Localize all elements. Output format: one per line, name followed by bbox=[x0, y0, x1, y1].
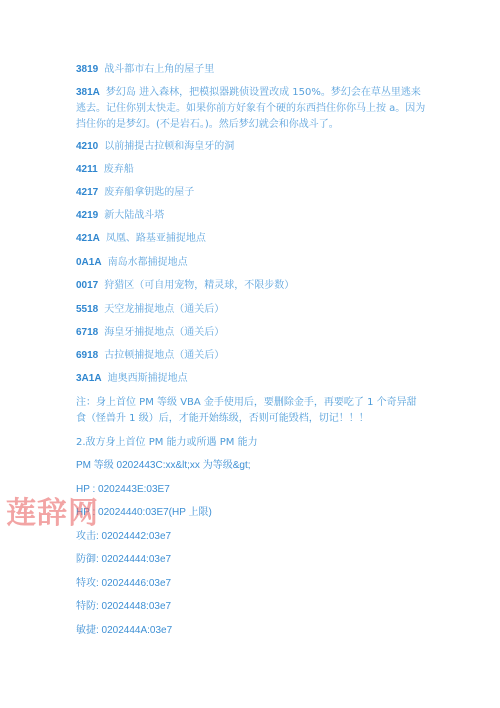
stat-hp: HP : 0202443E:03E7 bbox=[76, 482, 170, 497]
entry-4217: 4217废弃船拿钥匙的屋子 bbox=[76, 185, 194, 200]
entry-text: 废弃船拿钥匙的屋子 bbox=[104, 187, 194, 198]
entry-code: 4219 bbox=[76, 210, 98, 221]
entry-code: 5518 bbox=[76, 304, 98, 315]
entry-text: 迪奥西斯捕捉地点 bbox=[108, 373, 188, 384]
entry-text: 废弃船 bbox=[104, 164, 134, 175]
entry-421A: 421A凤凰、路基亚捕捉地点 bbox=[76, 231, 206, 246]
entry-4210: 4210以前捕提古拉顿和海皇牙的洞 bbox=[76, 139, 234, 154]
stat-defense: 防御: 02024444:03e7 bbox=[76, 552, 171, 567]
entry-text: 战斗都市右上角的屋子里 bbox=[104, 64, 214, 75]
entry-text: 以前捕提古拉顿和海皇牙的洞 bbox=[104, 141, 234, 152]
entry-code: 6918 bbox=[76, 350, 98, 361]
entry-code: 0017 bbox=[76, 280, 98, 291]
document-page: 3819战斗都市右上角的屋子里 381A梦幻岛 进入森林，把模拟器跳侦设置改成 … bbox=[0, 0, 500, 708]
entry-6718: 6718海皇牙捕捉地点（通关后） bbox=[76, 325, 224, 340]
entry-code: 6718 bbox=[76, 327, 98, 338]
entry-381A: 381A梦幻岛 进入森林，把模拟器跳侦设置改成 150%。梦幻会在草丛里逃来逃去… bbox=[76, 85, 426, 133]
entry-text: 天空龙捕捉地点（通关后） bbox=[104, 304, 224, 315]
entry-code: 3819 bbox=[76, 64, 98, 75]
entry-5518: 5518天空龙捕捉地点（通关后） bbox=[76, 302, 224, 317]
entry-code: 0A1A bbox=[76, 257, 102, 268]
entry-code: 421A bbox=[76, 233, 100, 244]
entry-text: 凤凰、路基亚捕捉地点 bbox=[106, 233, 206, 244]
entry-text: 梦幻岛 进入森林，把模拟器跳侦设置改成 150%。梦幻会在草丛里逃来逃去。记住你… bbox=[76, 87, 425, 130]
stat-speed: 敏捷: 0202444A:03e7 bbox=[76, 623, 172, 638]
entry-code: 3A1A bbox=[76, 373, 102, 384]
entry-code: 381A bbox=[76, 87, 100, 98]
stat-sp-attack: 特攻: 02024446:03e7 bbox=[76, 576, 171, 591]
entry-4219: 4219新大陆战斗塔 bbox=[76, 208, 164, 223]
entry-text: 新大陆战斗塔 bbox=[104, 210, 164, 221]
entry-code: 4210 bbox=[76, 141, 98, 152]
entry-3819: 3819战斗都市右上角的屋子里 bbox=[76, 62, 214, 77]
entry-3A1A: 3A1A迪奥西斯捕捉地点 bbox=[76, 371, 188, 386]
section-title: 2.敌方身上首位 PM 能力或所遇 PM 能力 bbox=[76, 435, 258, 450]
entry-text: 古拉顿捕捉地点（通关后） bbox=[104, 350, 224, 361]
entry-6918: 6918古拉顿捕捉地点（通关后） bbox=[76, 348, 224, 363]
watermark-logo: 莲辞网 bbox=[6, 497, 99, 531]
entry-0017: 0017狩猎区（可自用宠物，精灵球，不限步数） bbox=[76, 278, 294, 293]
stat-attack: 攻击: 02024442:03e7 bbox=[76, 529, 171, 544]
entry-code: 4211 bbox=[76, 164, 98, 175]
entry-0A1A: 0A1A南岛水都捕捉地点 bbox=[76, 255, 188, 270]
stat-sp-defense: 特防: 02024448:03e7 bbox=[76, 599, 171, 614]
entry-text: 海皇牙捕捉地点（通关后） bbox=[104, 327, 224, 338]
entry-text: 狩猎区（可自用宠物，精灵球，不限步数） bbox=[104, 280, 294, 291]
entry-4211: 4211废弃船 bbox=[76, 162, 134, 177]
warning-note: 注：身上首位 PM 等级 VBA 金手使用后，要删除金手，再要吃了 1 个奇异甜… bbox=[76, 395, 421, 427]
stat-pm-level: PM 等级 0202443C:xx&lt;xx 为等级&gt; bbox=[76, 458, 251, 473]
entry-code: 4217 bbox=[76, 187, 98, 198]
entry-text: 南岛水都捕捉地点 bbox=[108, 257, 188, 268]
